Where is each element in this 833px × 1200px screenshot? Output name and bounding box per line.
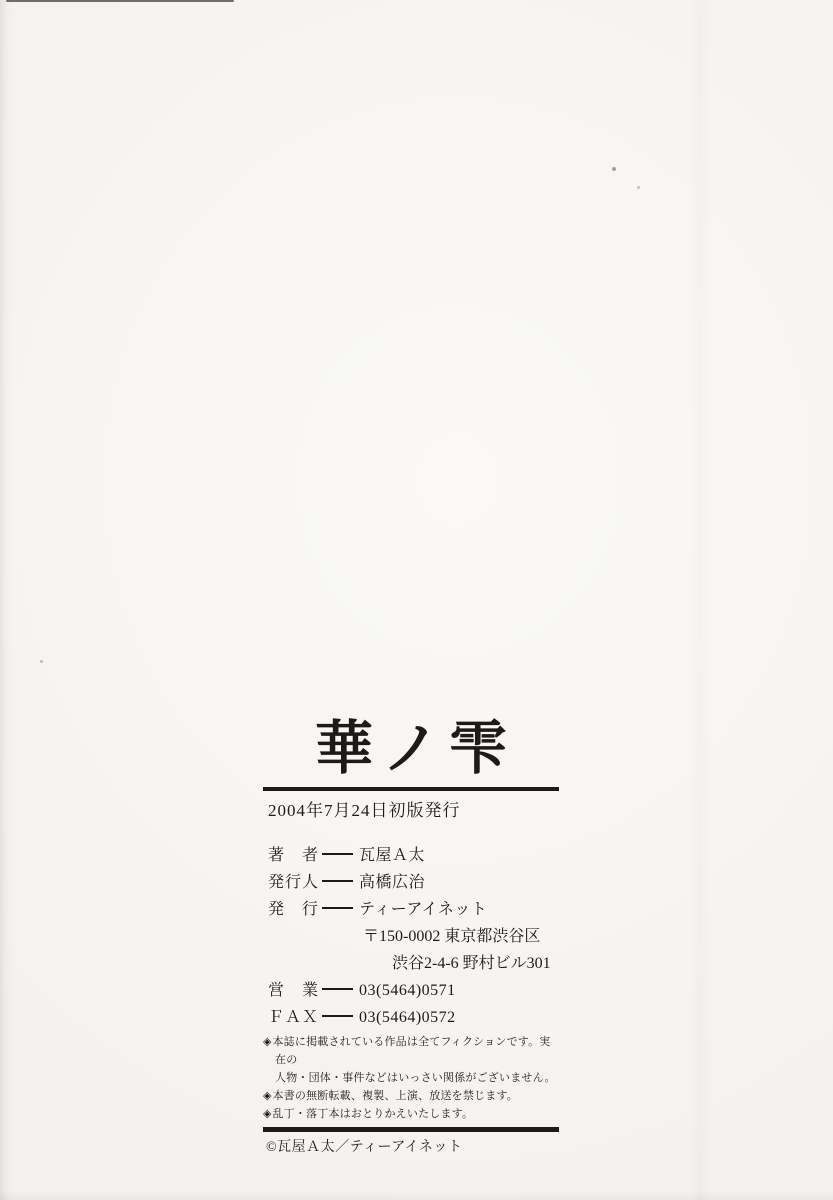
paper-speck (637, 186, 640, 189)
credit-value: 瓦屋Ａ太 (359, 847, 425, 864)
paper-speck (612, 167, 616, 171)
colophon-block: 華ノ雫 2004年7月24日初版発行 著 者瓦屋Ａ太 発行人高橋広治 発 行ティ… (263, 716, 559, 1157)
bottom-divider-rule (263, 1127, 559, 1132)
title-divider-rule (263, 787, 559, 791)
paper-speck (40, 660, 43, 663)
credits-section: 著 者瓦屋Ａ太 発行人高橋広治 発 行ティーアイネット 〒150-0002 東京… (263, 842, 559, 1031)
copyright-line: ©瓦屋Ａ太／ティーアイネット (263, 1139, 559, 1157)
credit-value: ティーアイネット (359, 901, 487, 918)
contact-row-fax: ＦＡＸ03(5464)0572 (268, 1004, 559, 1031)
edition-date: 2004年7月24日初版発行 (263, 800, 559, 822)
credit-row-publisher-person: 発行人高橋広治 (268, 869, 559, 896)
publisher-address-line-2: 渋谷2-4-6 野村ビル301 (392, 950, 559, 977)
publisher-address-line-1: 〒150-0002 東京都渋谷区 (363, 923, 559, 950)
credit-row-author: 著 者瓦屋Ａ太 (268, 842, 559, 869)
legal-notices: ◈本誌に掲載されている作品は全てフィクションです。実在の 人物・団体・事件などは… (263, 1033, 559, 1123)
leader-dash (322, 880, 353, 882)
notice-text: 本誌に掲載されている作品は全てフィクションです。実在の 人物・団体・事件などはい… (272, 1036, 555, 1084)
contact-value: 03(5464)0572 (359, 1009, 456, 1026)
notice-defective-copies: ◈乱丁・落丁本はおとりかえいたします。 (263, 1105, 559, 1123)
credit-value: 高橋広治 (359, 874, 425, 891)
notice-text: 本書の無断転載、複製、上演、放送を禁じます。 (272, 1090, 518, 1102)
notice-fiction-disclaimer: ◈本誌に掲載されている作品は全てフィクションです。実在の 人物・団体・事件などは… (263, 1033, 559, 1087)
book-title: 華ノ雫 (263, 716, 559, 782)
scanned-colophon-page: 華ノ雫 2004年7月24日初版発行 著 者瓦屋Ａ太 発行人高橋広治 発 行ティ… (0, 0, 833, 1200)
leader-dash (322, 988, 353, 990)
notice-text: 乱丁・落丁本はおとりかえいたします。 (272, 1108, 473, 1120)
credit-label: 発 行 (268, 896, 322, 923)
leader-dash (322, 853, 353, 855)
contact-label: 営 業 (268, 977, 322, 1004)
leader-dash (322, 1015, 353, 1017)
leader-dash (322, 907, 353, 909)
scan-edge-artifact (6, 0, 234, 2)
credit-label: 発行人 (268, 869, 322, 896)
credit-row-publisher-company: 発 行ティーアイネット (268, 896, 559, 923)
contact-value: 03(5464)0571 (359, 982, 456, 999)
notice-no-reproduction: ◈本書の無断転載、複製、上演、放送を禁じます。 (263, 1087, 559, 1105)
contact-label: ＦＡＸ (268, 1004, 322, 1031)
credit-label: 著 者 (268, 842, 322, 869)
contact-row-sales: 営 業03(5464)0571 (268, 977, 559, 1004)
